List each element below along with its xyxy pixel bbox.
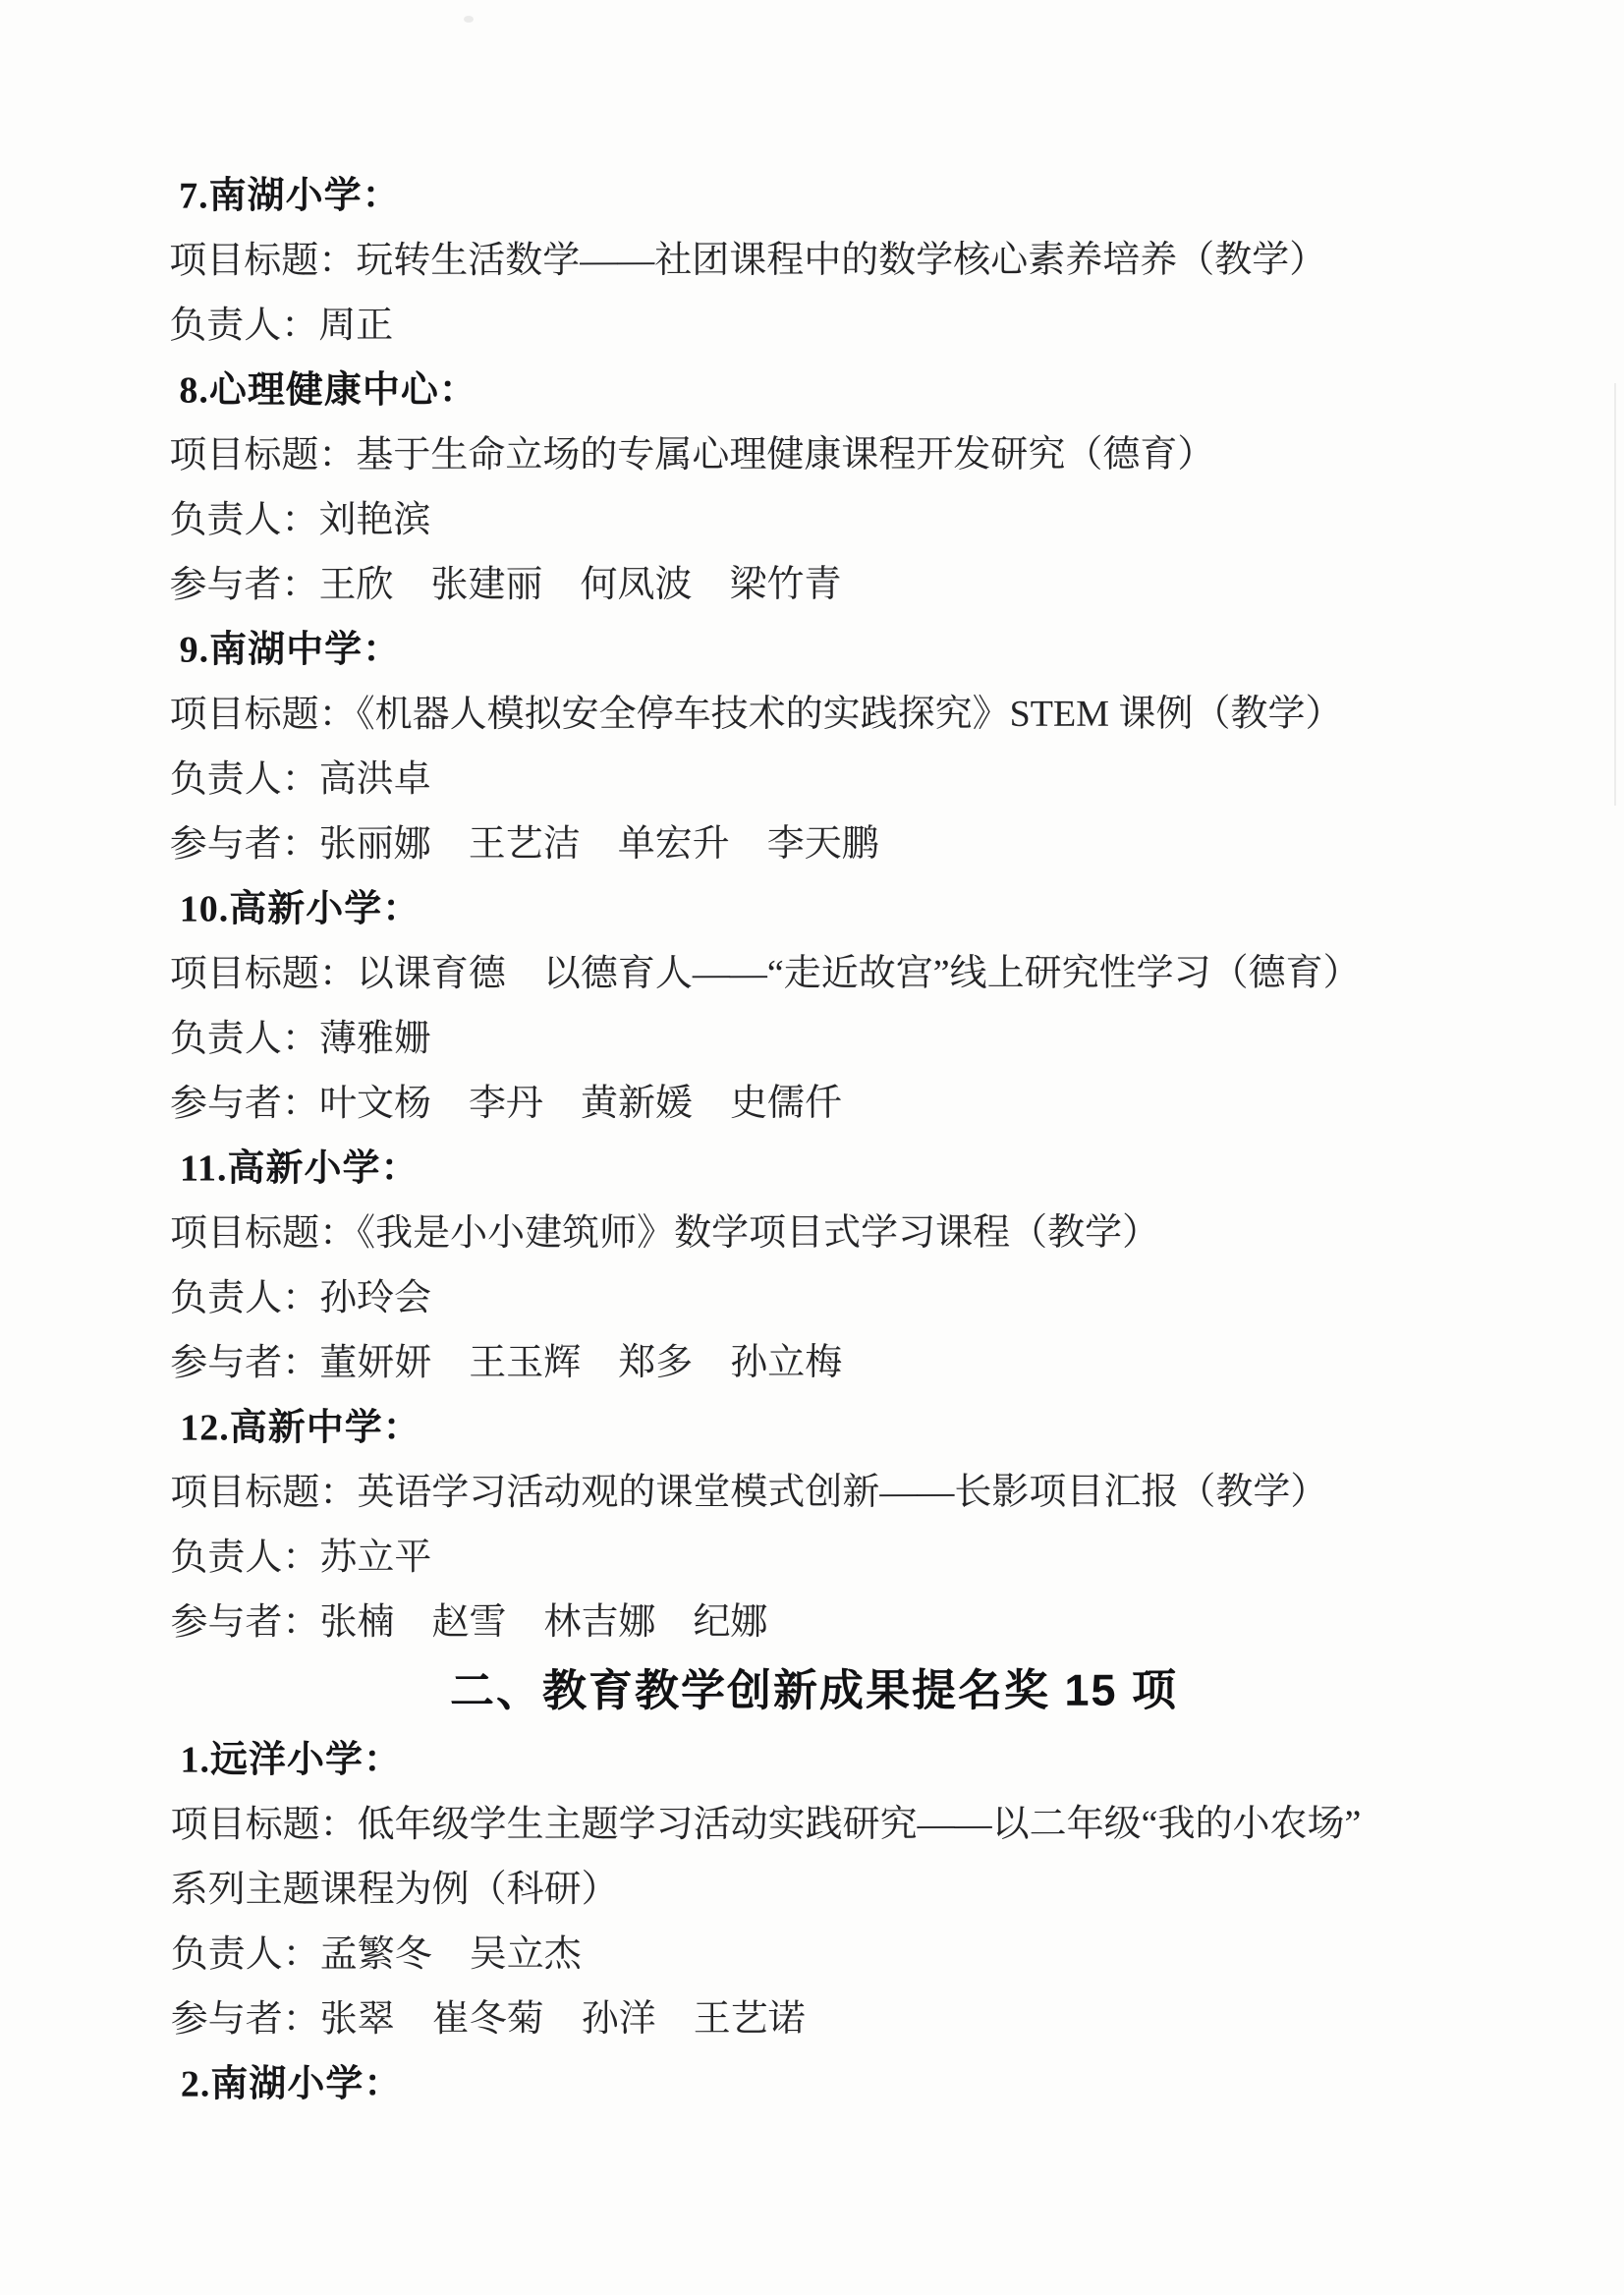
entry-7-school: 7.南湖小学：: [169, 162, 1456, 228]
entry-8-school: 8.心理健康中心：: [169, 357, 1456, 422]
entry-8-participants: 参与者：王欣 张建丽 何凤波 梁竹青: [169, 551, 1456, 617]
section-heading: 二、教育教学创新成果提名奖 15 项: [170, 1653, 1457, 1727]
entry-10-leader: 负责人：薄雅姗: [170, 1005, 1457, 1071]
entry-9-title: 项目标题：《机器人模拟安全停车技术的实践探究》STEM 课例（教学）: [170, 681, 1457, 747]
entry-7-leader: 负责人：周正: [169, 292, 1456, 358]
document-page: 7.南湖小学： 项目标题：玩转生活数学——社团课程中的数学核心素养培养（教学） …: [0, 0, 1624, 2295]
entry-9-participants: 参与者：张丽娜 王艺洁 单宏升 李天鹏: [170, 811, 1457, 876]
entry-b2-school: 2.南湖小学：: [171, 2050, 1458, 2116]
entry-8-title: 项目标题：基于生命立场的专属心理健康课程开发研究（德育）: [169, 421, 1456, 487]
entry-12-leader: 负责人：苏立平: [170, 1524, 1457, 1590]
entry-b1-title: 项目标题：低年级学生主题学习活动实践研究——以二年级“我的小农场”: [171, 1791, 1458, 1857]
entry-11-title: 项目标题：《我是小小建筑师》数学项目式学习课程（教学）: [170, 1200, 1457, 1265]
entry-b1-participants: 参与者：张翠 崔冬菊 孙洋 王艺诺: [171, 1986, 1458, 2051]
entry-9-leader: 负责人：高洪卓: [170, 746, 1457, 812]
entry-10-title: 项目标题：以课育德 以德育人——“走近故宫”线上研究性学习（德育）: [170, 940, 1457, 1006]
scan-artifact-edge-line: [1614, 383, 1616, 806]
entry-10-school: 10.高新小学：: [170, 875, 1457, 941]
entry-b1-school: 1.远洋小学：: [171, 1726, 1458, 1792]
entry-12-title: 项目标题：英语学习活动观的课堂模式创新——长影项目汇报（教学）: [170, 1459, 1457, 1525]
entry-9-school: 9.南湖中学：: [170, 616, 1457, 682]
document-body: 7.南湖小学： 项目标题：玩转生活数学——社团课程中的数学核心素养培养（教学） …: [169, 162, 1458, 2116]
entry-b1-title-wrap: 系列主题课程为例（科研）: [171, 1856, 1458, 1922]
scan-artifact-dot: [464, 16, 474, 23]
entry-10-participants: 参与者：叶文杨 李丹 黄新媛 史儒仟: [170, 1070, 1457, 1136]
entry-12-participants: 参与者：张楠 赵雪 林吉娜 纪娜: [170, 1589, 1457, 1654]
entry-b1-leader: 负责人：孟繁冬 吴立杰: [171, 1921, 1458, 1987]
entry-7-title: 项目标题：玩转生活数学——社团课程中的数学核心素养培养（教学）: [169, 227, 1456, 293]
entry-11-participants: 参与者：董妍妍 王玉辉 郑多 孙立梅: [170, 1329, 1457, 1395]
entry-8-leader: 负责人：刘艳滨: [169, 486, 1456, 552]
entry-12-school: 12.高新中学：: [170, 1394, 1457, 1460]
entry-11-leader: 负责人：孙玲会: [170, 1264, 1457, 1330]
entry-11-school: 11.高新小学：: [170, 1135, 1457, 1201]
